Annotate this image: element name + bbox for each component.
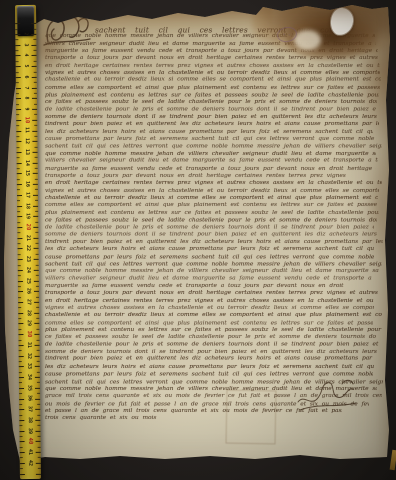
tape-tick (36, 286, 39, 287)
tape-tick (20, 463, 25, 464)
tape-tick (33, 205, 38, 206)
tape-tick (38, 436, 41, 437)
tape-tick (34, 334, 39, 335)
tape-tick (34, 114, 37, 115)
tape-tick (35, 398, 40, 399)
tape-tick (16, 55, 21, 56)
manuscript-line: transporte a touz jours par devant nous … (45, 290, 380, 297)
tape-tick (17, 152, 22, 153)
tape-tick (32, 87, 37, 88)
manuscript-line: ce faites et passees soubz le seel de la… (45, 217, 377, 224)
tape-tick (16, 136, 19, 137)
tape-tick (31, 45, 36, 46)
tape-tick (36, 275, 39, 276)
tape-tick (35, 243, 38, 244)
tape-tick (16, 88, 21, 89)
tape-tick (34, 136, 37, 137)
tape-tick (32, 109, 37, 110)
tape-tick (18, 313, 23, 314)
tape-tick (15, 39, 18, 40)
tape-tick (35, 200, 38, 201)
tape-tick (16, 98, 21, 99)
tape-tick (32, 130, 37, 131)
tape-tick (33, 152, 38, 153)
tape-number: 42 (27, 452, 33, 473)
tape-tick (18, 297, 21, 298)
tape-tick (36, 329, 39, 330)
tape-tick (16, 82, 19, 83)
tape-tick (34, 93, 37, 94)
tape-tick (19, 361, 22, 362)
tape-tick (17, 211, 20, 212)
tape-tick (35, 168, 38, 169)
tape-tick (38, 447, 41, 448)
manuscript-line: chastellenie et ou terroir desdiz lieux … (45, 313, 382, 320)
tape-tick (18, 323, 23, 324)
tape-tick (34, 146, 37, 147)
tape-tick (20, 457, 23, 458)
tape-tick (34, 313, 39, 314)
tape-tick (32, 77, 37, 78)
tape-tick (18, 270, 23, 271)
tape-tick (33, 227, 38, 228)
tape-tick (31, 34, 36, 35)
tape-tick (33, 238, 38, 239)
tape-tick (19, 415, 22, 416)
manuscript-line: vignes et autres choses assises en la ch… (45, 305, 374, 312)
tape-tick (35, 345, 40, 346)
manuscript-line: de ladite chastellenie pour le pris et s… (45, 106, 376, 113)
tape-tick (37, 350, 40, 351)
tape-tick (34, 323, 39, 324)
tape-tick (19, 425, 22, 426)
manuscript-line: comme elles se comportent et ainsi que p… (45, 85, 382, 92)
tape-tick (34, 61, 37, 62)
tape-tick (34, 291, 39, 292)
tape-tick (16, 141, 21, 142)
tape-tick (19, 431, 24, 432)
tape-tick (35, 377, 40, 378)
manuscript-line: chastellenie et ou terroir desdiz lieux … (45, 195, 378, 202)
tape-tick (38, 457, 41, 458)
tape-tick (16, 125, 19, 126)
photo-background: sachent tuit cil qui ces lettres verront… (0, 0, 396, 480)
manuscript-line: villiers chevalier seigneur dudit lieu e… (45, 275, 375, 282)
tape-tick (33, 173, 38, 174)
tape-tick (34, 104, 37, 105)
tape-tick (33, 28, 36, 29)
tape-tick (33, 39, 36, 40)
manuscript-line: les diz acheteurs leurs hoirs et aians c… (45, 364, 374, 371)
tape-tick (15, 23, 20, 24)
tape-tick (19, 340, 22, 341)
manuscript-line: somme de deniers tournois dont il se tin… (45, 231, 377, 238)
tape-tick (15, 50, 18, 51)
manuscript-line: en droit heritage certaines rentes terre… (45, 298, 375, 305)
manuscript-line: villiers chevalier seigneur dudit lieu e… (45, 158, 378, 165)
tape-tick (19, 350, 22, 351)
tape-tick (37, 372, 40, 373)
tape-tick (16, 61, 19, 62)
tape-tick (17, 163, 22, 164)
tape-tick (36, 473, 41, 474)
tape-tick (35, 420, 40, 421)
tape-tick (18, 248, 23, 249)
tape-tick (20, 468, 23, 469)
tape-tick (17, 168, 20, 169)
tape-tick (19, 388, 24, 389)
tape-tick (18, 291, 23, 292)
tape-tick (19, 420, 24, 421)
tape-tick (34, 280, 39, 281)
tape-tick (19, 393, 22, 394)
tape-tick (33, 162, 38, 163)
tape-tick (33, 50, 36, 51)
manuscript-line: les diz acheteurs leurs hoirs et aians c… (45, 129, 373, 136)
manuscript-line: de ladite chastellenie pour le pris et s… (45, 341, 379, 348)
tape-tick (35, 179, 38, 180)
tape-tick (35, 211, 38, 212)
tape-tick (17, 195, 22, 196)
tape-tick (35, 388, 40, 389)
tape-tick (15, 45, 20, 46)
manuscript-line: plus plainement est contenu es lettres s… (45, 209, 379, 216)
manuscript-line: transporte a touz jours par devant nous … (45, 55, 381, 62)
tape-tick (32, 66, 37, 67)
tape-tick (20, 452, 25, 453)
initial-letter-flourish (42, 12, 96, 48)
tape-tick (18, 254, 21, 255)
manuscript-line: somme de deniers tournois dont il se tin… (45, 114, 377, 121)
abrasion-patch (294, 30, 321, 50)
tape-tick (36, 254, 39, 255)
tape-tick (18, 329, 21, 330)
manuscript-line: trois cens quarante et six ou mois de fe… (45, 415, 160, 422)
tape-tick (16, 77, 21, 78)
tape-tick (35, 232, 38, 233)
tape-tick (34, 71, 37, 72)
tape-tick (19, 399, 24, 400)
tape-tick (16, 72, 19, 73)
tape-tick (20, 441, 25, 442)
tape-tick (35, 355, 40, 356)
tape-tick (35, 221, 38, 222)
tape-tick (17, 216, 22, 217)
background-object (390, 450, 396, 471)
tape-tick (16, 131, 21, 132)
tape-tick (32, 55, 37, 56)
tape-tick (20, 447, 23, 448)
tape-tick (35, 409, 40, 410)
tape-tick (37, 361, 40, 362)
manuscript-text: sachent tuit cil qui ces lettres verront… (45, 26, 383, 423)
manuscript-line: tindrent pour bien paiez et en quitteren… (45, 239, 383, 246)
tape-tick (35, 430, 40, 431)
tape-tick (36, 264, 39, 265)
tape-tick (17, 238, 22, 239)
tape-tick (33, 195, 38, 196)
tape-tick (35, 366, 40, 367)
tape-tick (37, 414, 40, 415)
tape-tick (16, 114, 19, 115)
tape-tick (33, 216, 38, 217)
tape-tick (19, 404, 22, 405)
tape-tick (34, 125, 37, 126)
tape-tick (34, 248, 39, 249)
tape-tick (16, 109, 21, 110)
tape-tick (34, 302, 39, 303)
tape-tick (37, 393, 40, 394)
tape-tick (36, 307, 39, 308)
tape-tick (16, 147, 19, 148)
manuscript-line: les diz acheteurs leurs hoirs et aians c… (45, 246, 374, 253)
tape-tick (18, 334, 23, 335)
tape-tick (17, 200, 20, 201)
tape-tick (18, 302, 23, 303)
tape-tick (17, 232, 20, 233)
tape-tick (18, 281, 23, 282)
tape-tick (34, 259, 39, 260)
parchment-document: sachent tuit cil qui ces lettres verront… (0, 0, 396, 480)
tape-tick (34, 270, 39, 271)
tape-tick (17, 179, 20, 180)
tape-tick (36, 318, 39, 319)
tape-tick (38, 468, 41, 469)
tape-tick (16, 120, 21, 121)
tape-tick (36, 296, 39, 297)
tape-tick (17, 157, 20, 158)
tape-tick (35, 189, 38, 190)
tape-tick (18, 307, 21, 308)
tape-tick (16, 104, 19, 105)
tape-tick (17, 184, 22, 185)
tape-tick (20, 436, 23, 437)
tape-tick (19, 377, 24, 378)
manuscript-line: cause promettans par leurs foiz et serem… (45, 254, 374, 261)
tape-tick (19, 345, 24, 346)
tape-tick (37, 382, 40, 383)
tape-tick (18, 265, 21, 266)
tape-tick (37, 404, 40, 405)
manuscript-line: sachent tuit cil qui ces lettres verront… (45, 143, 382, 150)
tape-tick (37, 425, 40, 426)
tape-tick (33, 184, 38, 185)
tape-tick (19, 356, 24, 357)
tape-tick (36, 452, 41, 453)
tape-tick (37, 339, 40, 340)
tape-tick (19, 382, 22, 383)
manuscript-line: tindrent pour bien paiez et en quitteren… (45, 356, 373, 363)
tape-tick (16, 66, 21, 67)
tape-tick (18, 286, 21, 287)
tape-tick (20, 474, 25, 475)
tape-tick (36, 441, 41, 442)
tape-tick (16, 93, 19, 94)
tape-tick (17, 243, 20, 244)
tape-tick (17, 173, 22, 174)
tape-tick (17, 206, 22, 207)
tape-tick (32, 120, 37, 121)
tape-tick (15, 29, 18, 30)
manuscript-line: vignes et autres choses assises en la ch… (45, 188, 379, 195)
tape-tick (19, 409, 24, 410)
tape-tick (18, 318, 21, 319)
signature-flourish (290, 372, 366, 418)
tape-tick (19, 366, 24, 367)
manuscript-line: chastellenie et ou terroir desdiz lieux … (45, 77, 381, 84)
tape-tick (18, 275, 21, 276)
tape-tick (17, 189, 20, 190)
tape-tick (17, 222, 20, 223)
tape-tick (31, 23, 36, 24)
manuscript-line: en droit heritage certaines rentes terre… (45, 180, 382, 187)
tape-tick (34, 82, 37, 83)
crease-mark (226, 390, 277, 445)
tape-tick (15, 34, 20, 35)
tape-tick (35, 157, 38, 158)
tape-tick (17, 227, 22, 228)
tape-tick (32, 141, 37, 142)
tape-tick (18, 259, 23, 260)
manuscript-line: marguerite sa fame eussent vendu cede et… (45, 165, 376, 172)
tape-tick (32, 98, 37, 99)
tape-tick (36, 463, 41, 464)
tape-tick (19, 372, 22, 373)
